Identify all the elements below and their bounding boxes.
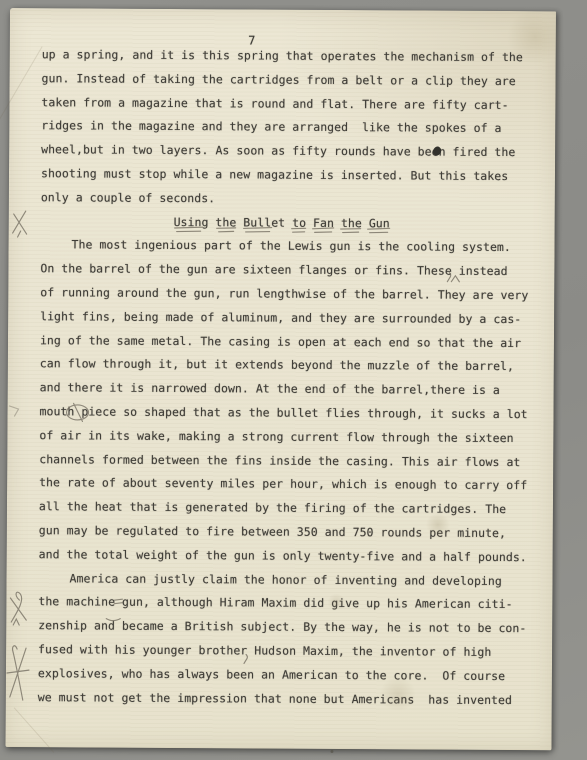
pencil-marks-overlay <box>5 8 556 750</box>
margin-x-loop-mark <box>10 592 26 625</box>
inserted-comma-brother <box>244 654 247 663</box>
margin-tall-x-mark <box>7 646 29 700</box>
margin-x-mark <box>13 211 27 237</box>
inserted-comma-these <box>447 273 459 282</box>
margin-check-mark <box>10 406 19 416</box>
manuscript-page: 7 up a spring, and it is this spring tha… <box>5 8 556 750</box>
mouthpiece-closeup-mark <box>66 403 88 421</box>
heading-underline-marks <box>175 227 390 233</box>
machine-gun-hyphen-mark <box>106 599 122 621</box>
pencil-speck <box>330 750 333 753</box>
